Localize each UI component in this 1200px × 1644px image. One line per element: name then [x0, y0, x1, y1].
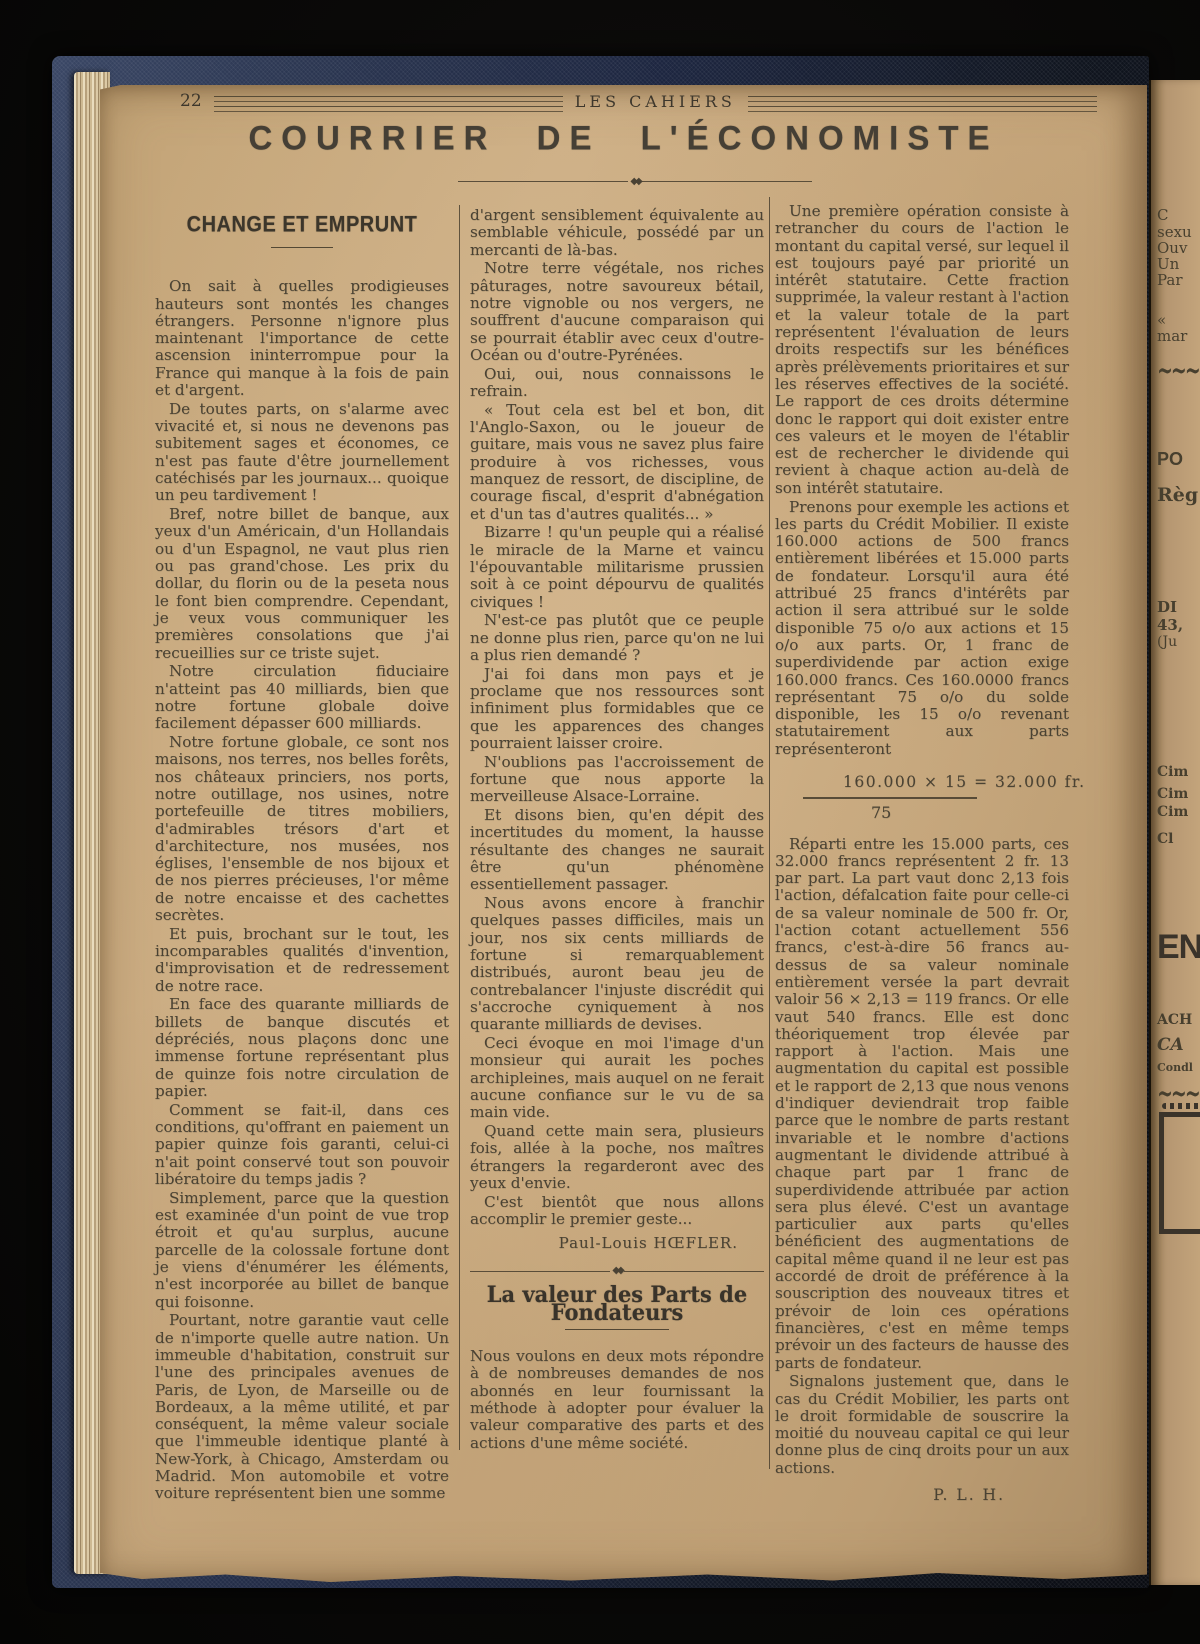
paragraph: On sait à quelles prodigieuses hauteurs …	[155, 278, 449, 399]
paragraph: Une première opération consiste à retran…	[775, 203, 1069, 497]
next-page-edge: CsexuOuvUnPar«mar~~~PORègDI43,(JuCimCimC…	[1149, 80, 1200, 1585]
paragraph: Comment se fait-il, dans ces conditions,…	[155, 1102, 449, 1188]
paragraph: J'ai foi dans mon pays et je proclame qu…	[470, 666, 764, 752]
section-heading: CHANGE ET EMPRUNT	[155, 216, 449, 235]
paragraph: « Tout cela est bel et bon, dit l'Anglo-…	[470, 402, 764, 523]
divider-line	[624, 1271, 764, 1272]
paragraph: Simplement, parce que la question est ex…	[155, 1190, 449, 1311]
column-3: Une première opération consiste à retran…	[775, 203, 1069, 1504]
divider-line	[470, 1271, 610, 1272]
double-rule	[748, 96, 1097, 102]
author-initials: P. L. H.	[775, 1487, 1069, 1504]
paragraph: En face des quarante milliards de billet…	[155, 996, 449, 1100]
next-page-text-fragment: Cim	[1157, 787, 1188, 801]
paragraph: d'argent sensiblement équivalente au sem…	[470, 207, 764, 259]
paragraph: Notre circulation fiduciaire n'atteint p…	[155, 663, 449, 732]
heading-rule	[271, 247, 333, 248]
paragraph: Bref, notre billet de banque, aux yeux d…	[155, 506, 449, 662]
double-rule	[214, 96, 563, 102]
next-page-text-fragment: (Ju	[1157, 635, 1177, 649]
paragraph: Nous voulons en deux mots répondre à de …	[470, 1348, 764, 1452]
next-page-text-fragment: C	[1157, 208, 1168, 223]
column-divider	[769, 197, 770, 1469]
section-heading: La valeur des Parts de Fondateurs	[470, 1285, 764, 1321]
column-divider	[459, 205, 460, 1450]
next-page-text-fragment: Cim	[1157, 765, 1188, 779]
photo-background: { "page_header": { "page_number": "22", …	[0, 0, 1200, 1644]
next-page-text-fragment: CA	[1157, 1037, 1184, 1054]
column-1-text: On sait à quelles prodigieuses hauteurs …	[155, 278, 449, 1502]
magazine-page: 22 LES CAHIERS COURRIER DE L'ÉCONOMISTE …	[100, 85, 1147, 1582]
paragraph: Et puis, brochant sur le tout, les incom…	[155, 926, 449, 995]
paragraph: N'oublions pas l'accroissement de fortun…	[470, 754, 764, 806]
column-3-text-bottom: Réparti entre les 15.000 parts, ces 32.0…	[775, 836, 1069, 1477]
next-page-text-fragment: Par	[1157, 273, 1183, 288]
next-page-text-fragment: Ouv	[1157, 241, 1187, 256]
next-page-ad-frame	[1159, 1112, 1200, 1234]
heading-rule	[565, 1329, 669, 1330]
paragraph: Quand cette main sera, plusieurs fois, a…	[470, 1123, 764, 1192]
paragraph: Ceci évoque en moi l'image d'un monsieur…	[470, 1035, 764, 1121]
section-divider	[470, 1271, 764, 1272]
dividend-formula: 160.000 × 15 = 32.000 fr. 75	[775, 774, 1069, 822]
next-page-text-fragment: ACH	[1157, 1013, 1192, 1027]
paragraph: Et disons bien, qu'en dépit des incertit…	[470, 807, 764, 893]
column-2: d'argent sensiblement équivalente au sem…	[470, 207, 764, 1453]
header-rule-right	[748, 96, 1097, 112]
next-page-text-fragment: Cl	[1157, 832, 1173, 846]
paragraph: Oui, oui, nous connaissons le refrain.	[470, 366, 764, 401]
paragraph: Notre fortune globale, ce sont nos maiso…	[155, 734, 449, 924]
paragraph: De toutes parts, on s'alarme avec vivaci…	[155, 401, 449, 505]
paragraph: Prenons pour exemple les actions et les …	[775, 499, 1069, 758]
next-page-text-fragment: Un	[1157, 257, 1179, 272]
column-2-text: d'argent sensiblement équivalente au sem…	[470, 207, 764, 1228]
next-page-ad-heading-fragment: EN	[1157, 930, 1200, 964]
masthead-row: 22 LES CAHIERS	[180, 93, 1097, 112]
header-rule-left	[214, 96, 563, 112]
formula-denominator: 75	[775, 804, 1069, 821]
column-1: CHANGE ET EMPRUNT On sait à quelles prod…	[155, 211, 449, 1504]
next-page-text-fragment: mar	[1157, 329, 1187, 344]
next-page-heading-fragment: PO	[1157, 450, 1183, 468]
page-number: 22	[180, 93, 202, 110]
author-signature: Paul-Louis HŒFLER.	[470, 1235, 764, 1252]
divider-line	[642, 181, 812, 182]
next-page-text-fragment: Condl	[1157, 1062, 1193, 1073]
section-text: Nous voulons en deux mots répondre à de …	[470, 1348, 764, 1452]
next-page-text-fragment: Cim	[1157, 805, 1188, 819]
next-page-wavy-rule: ~~~	[1157, 357, 1199, 386]
paragraph: Réparti entre les 15.000 parts, ces 32.0…	[775, 836, 1069, 1372]
next-page-text-fragment: 43,	[1157, 618, 1183, 633]
paragraph: Pourtant, notre garantie vaut celle de n…	[155, 1312, 449, 1502]
title-divider	[458, 181, 812, 182]
divider-line	[458, 181, 628, 182]
column-3-text-top: Une première opération consiste à retran…	[775, 203, 1069, 758]
double-rule	[214, 106, 563, 112]
next-page-text-fragment: DI	[1157, 600, 1177, 615]
paragraph: Signalons justement que, dans le cas du …	[775, 1373, 1069, 1477]
journal-title: LES CAHIERS	[575, 94, 736, 110]
paragraph: Notre terre végétale, nos riches pâturag…	[470, 260, 764, 364]
paragraph: Nous avons encore à franchir quelques pa…	[470, 895, 764, 1033]
next-page-text-fragment: «	[1157, 313, 1166, 328]
next-page-heading-fragment: Règ	[1157, 486, 1198, 505]
article-title: COURRIER DE L'ÉCONOMISTE	[100, 118, 1147, 158]
double-rule	[748, 106, 1097, 112]
paragraph: Bizarre ! qu'un peuple qui a réalisé le …	[470, 524, 764, 610]
formula-numerator: 160.000 × 15 = 32.000 fr.	[775, 774, 1069, 791]
next-page-text-fragment: sexu	[1157, 225, 1192, 240]
paragraph: N'est-ce pas plutôt que ce peuple ne don…	[470, 612, 764, 664]
formula-rule	[803, 797, 977, 799]
paragraph: C'est bientôt que nous allons accomplir …	[470, 1194, 764, 1229]
